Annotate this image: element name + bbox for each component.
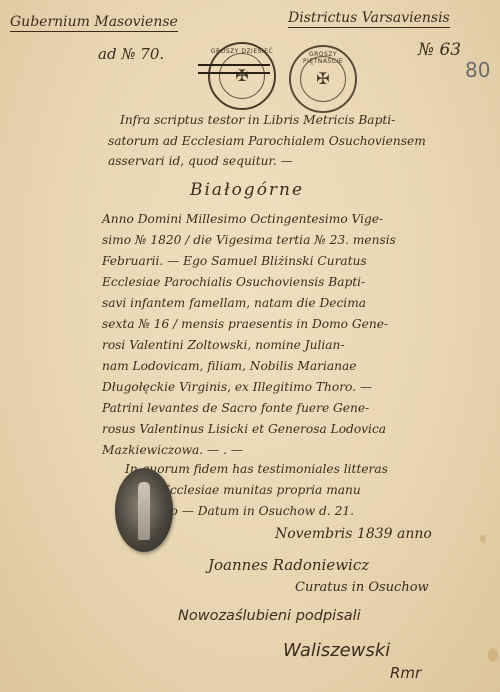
tax-stamp-10-groszy: GROSZY DZIESIĘĆ ✠	[208, 42, 276, 110]
newlyweds-note: Nowozaślubieni podpisali	[178, 608, 361, 624]
stamp-cancel-lines	[198, 64, 270, 74]
record-line: Ecclesiae Parochialis Osuchoviensis Bapt…	[102, 275, 365, 289]
pencil-number: 80	[465, 58, 490, 82]
stamp-ring-text: GROSZY DZIESIĘĆ	[210, 48, 274, 55]
curate-signature: Joannes Radoniewicz	[208, 556, 369, 574]
document-page: Gubernium Masoviense Districtus Varsavie…	[0, 0, 500, 692]
second-signature: Waliszewski	[283, 640, 390, 661]
closing-date-line: Novembris 1839 anno	[275, 526, 432, 542]
header-districtus: Districtus Varsaviensis	[288, 10, 450, 28]
record-line: simo № 1820 / die Vigesima tertia № 23. …	[102, 233, 396, 247]
record-line: savi infantem famellam, natam die Decima	[102, 296, 366, 310]
section-title: Białogórne	[190, 180, 304, 200]
intro-line: asservari id, quod sequitur. —	[108, 154, 293, 168]
intro-line: Infra scriptus testor in Libris Metricis…	[120, 113, 395, 127]
curate-title: Curatus in Osuchow	[295, 580, 429, 595]
intro-line: satorum ad Ecclesiam Parochialem Osuchov…	[108, 134, 426, 148]
record-line: Februarii. — Ego Samuel Bliżinski Curatu…	[102, 254, 367, 268]
paper-stain	[480, 535, 486, 543]
record-line: Patrini levantes de Sacro fonte fuere Ge…	[102, 401, 369, 415]
eagle-emblem-icon: ✠	[219, 53, 266, 100]
record-line: Długołęckie Virginis, ex Illegitimo Thor…	[102, 380, 372, 394]
record-line: Anno Domini Millesimo Octingentesimo Vig…	[102, 212, 383, 226]
bishop-figure-icon	[138, 482, 150, 540]
record-line: rosus Valentinus Lisicki et Generosa Lod…	[102, 422, 386, 436]
stamp-ring-text: GROSZY PIĘTNAŚCIE	[291, 51, 355, 65]
record-line: rosi Valentini Zoltowski, nomine Julian-	[102, 338, 345, 352]
record-line: nam Lodovicam, filiam, Nobilis Marianae	[102, 359, 356, 373]
second-signature-initials: Rmr	[390, 664, 421, 682]
church-wax-seal	[115, 468, 173, 552]
reference-number-left: ad № 70.	[98, 45, 164, 63]
tax-stamp-15-groszy: GROSZY PIĘTNAŚCIE ✠	[289, 45, 357, 113]
closing-line: In quorum fidem has testimoniales litter…	[125, 462, 388, 476]
header-gubernium: Gubernium Masoviense	[10, 14, 178, 32]
paper-stain	[488, 648, 498, 662]
record-line: Mazkiewiczowa. — . —	[102, 443, 243, 457]
reference-number-right: № 63	[418, 40, 461, 60]
record-line: sexta № 16 / mensis praesentis in Domo G…	[102, 317, 388, 331]
